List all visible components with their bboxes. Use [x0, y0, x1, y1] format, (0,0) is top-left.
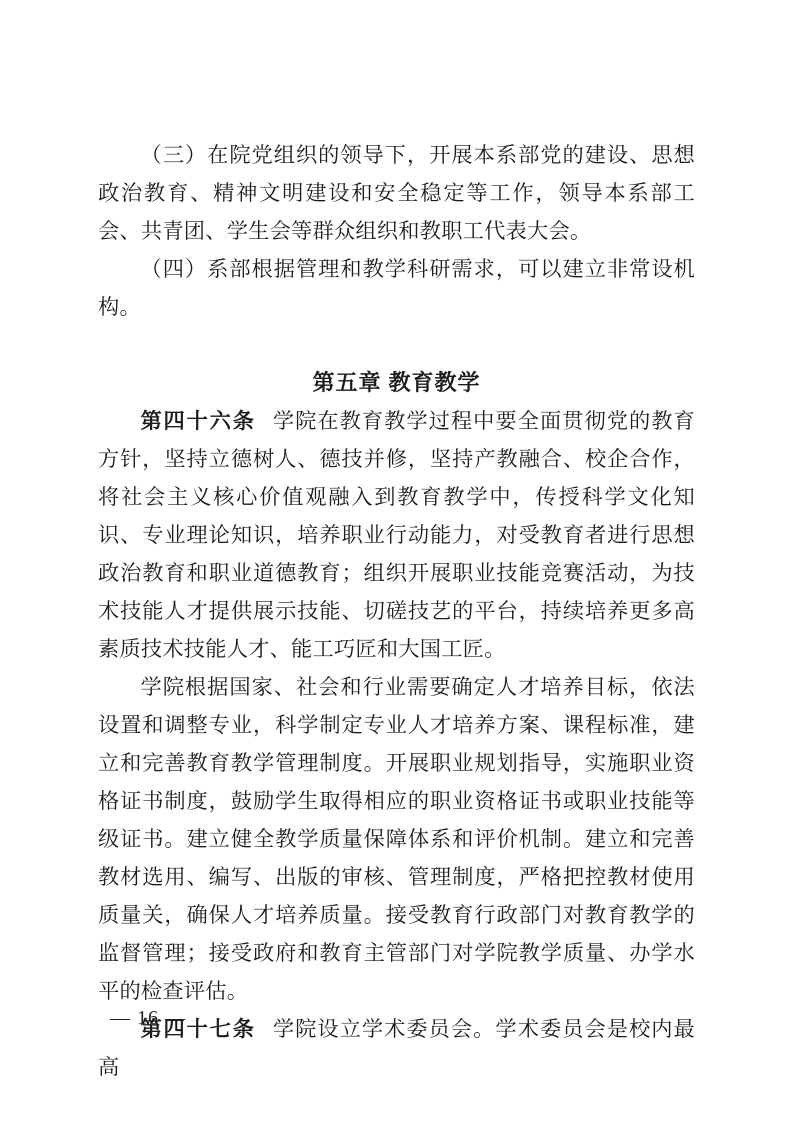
paragraph-article-46-continued: 学院根据国家、社会和行业需要确定人才培养目标，依法设置和调整专业，科学制定专业人…	[98, 668, 695, 1010]
document-page: （三）在院党组织的领导下，开展本系部党的建设、思想政治教育、精神文明建设和安全稳…	[0, 0, 793, 1122]
article-46-number: 第四十六条	[141, 409, 256, 433]
text-block: （三）在院党组织的领导下，开展本系部党的建设、思想政治教育、精神文明建设和安全稳…	[98, 136, 695, 1086]
paragraph-clause-3: （三）在院党组织的领导下，开展本系部党的建设、思想政治教育、精神文明建设和安全稳…	[98, 136, 695, 250]
chapter-heading: 第五章 教育教学	[98, 364, 695, 402]
paragraph-clause-4: （四）系部根据管理和教学科研需求，可以建立非常设机构。	[98, 250, 695, 326]
page-number: — 16 —	[110, 1005, 186, 1031]
paragraph-article-47: 第四十七条学院设立学术委员会。学术委员会是校内最高	[98, 1010, 695, 1086]
article-46-text: 学院在教育教学过程中要全面贯彻党的教育方针，坚持立德树人、德技并修，坚持产教融合…	[98, 409, 695, 661]
paragraph-article-46: 第四十六条学院在教育教学过程中要全面贯彻党的教育方针，坚持立德树人、德技并修，坚…	[98, 402, 695, 668]
